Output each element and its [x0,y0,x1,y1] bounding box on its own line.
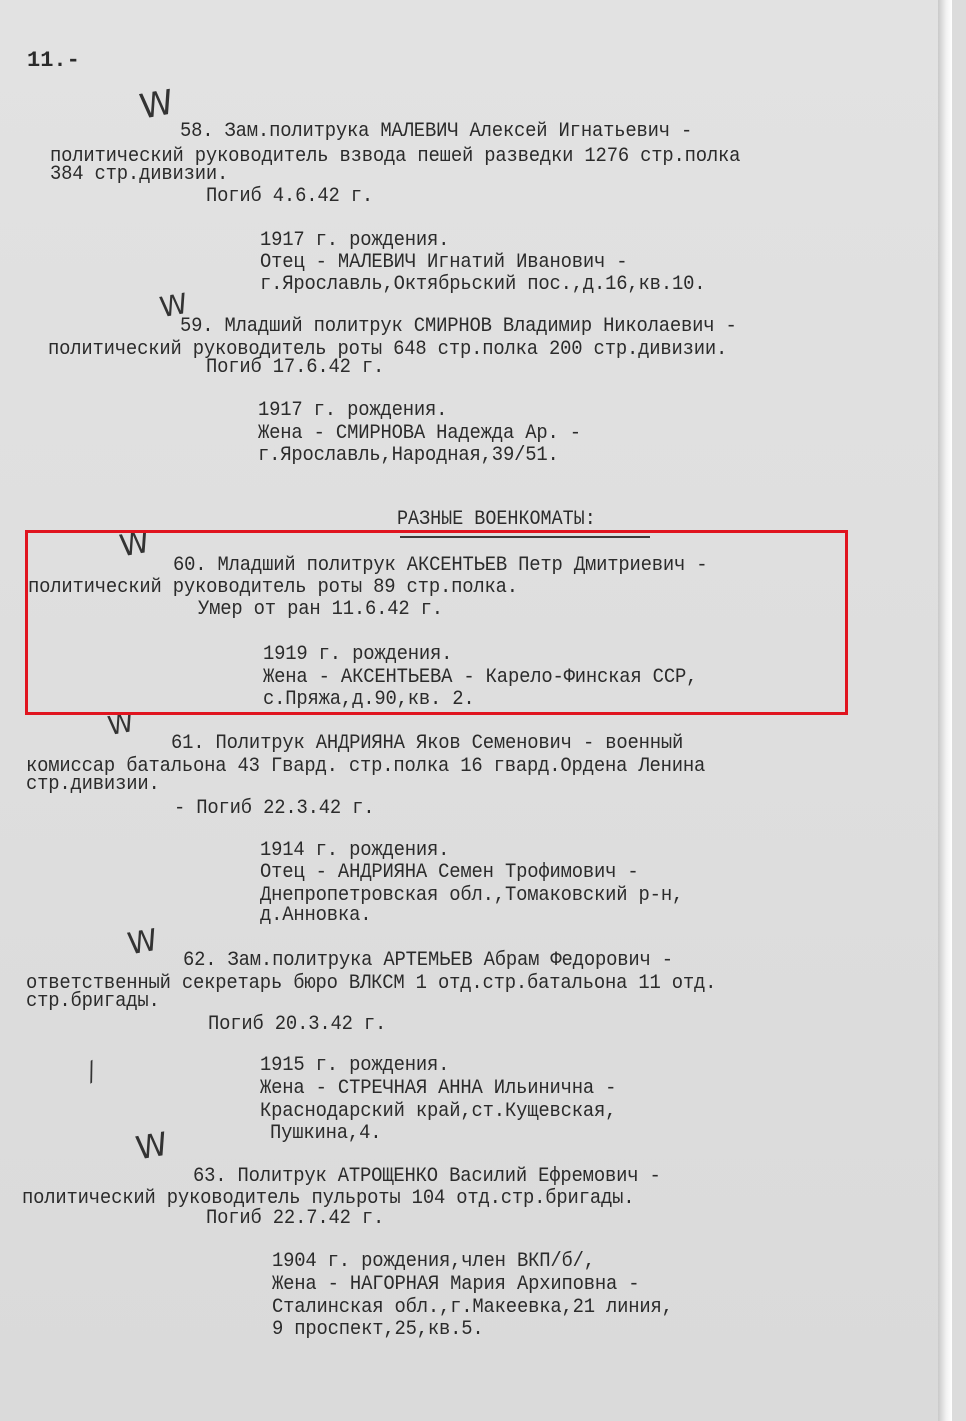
entry-63-line: 63. Политрук АТРОЩЕНКО Василий Ефремович… [193,1166,661,1188]
entry-61-line: 61. Политрук АНДРИЯНА Яков Семенович - в… [171,733,683,755]
entry-60-birth: 1919 г. рождения. [263,644,452,666]
entry-60-line: 60. Младший политрук АКСЕНТЬЕВ Петр Дмит… [173,555,707,577]
page-number: 11.- [27,48,80,73]
entry-58-birth: 1917 г. рождения. [260,230,449,252]
entry-58-line: 58. Зам.политрука МАЛЕВИЧ Алексей Игнать… [180,121,692,143]
entry-63-relative: Жена - НАГОРНАЯ Мария Архиповна - [272,1274,639,1296]
entry-58-address: г.Ярославль,Октябрьский пос.,д.16,кв.10. [260,274,705,296]
check-mark-icon: W [133,1127,170,1164]
entry-63-address: Сталинская обл.,г.Макеевка,21 линия, [272,1297,673,1319]
entry-63-death: Погиб 22.7.42 г. [206,1208,384,1230]
entry-62-relative: Жена - СТРЕЧНАЯ АННА Ильинична - [260,1078,616,1100]
entry-59-death: Погиб 17.6.42 г. [206,357,384,379]
entry-62-address: Краснодарский край,ст.Кущевская, [260,1101,616,1123]
entry-59-address: г.Ярославль,Народная,39/51. [258,445,559,467]
document-page: 11.- W W W W W ⁄ W 58. Зам.политрука МАЛ… [0,0,952,1421]
entry-59-line: политический руководитель роты 648 стр.п… [48,339,727,361]
entry-62-line: 62. Зам.политрука АРТЕМЬЕВ Абрам Федоров… [183,950,673,972]
entry-62-address: Пушкина,4. [270,1123,381,1145]
entry-61-death: - Погиб 22.3.42 г. [174,798,374,820]
entry-63-address: 9 проспект,25,кв.5. [272,1319,484,1341]
entry-59-birth: 1917 г. рождения. [258,400,447,422]
entry-60-address: с.Пряжа,д.90,кв. 2. [263,689,475,711]
entry-58-relative: Отец - МАЛЕВИЧ Игнатий Иванович - [260,252,627,274]
entry-61-line: стр.дивизии. [26,774,160,796]
entry-61-relative: Отец - АНДРИЯНА Семен Трофимович - [260,862,639,884]
entry-60-line: политический руководитель роты 89 стр.по… [28,577,518,599]
entry-61-address: д.Анновка. [260,905,371,927]
page-edge [938,0,952,1421]
entry-58-death: Погиб 4.6.42 г. [206,186,373,208]
entry-59-line: 59. Младший политрук СМИРНОВ Владимир Ни… [180,316,737,338]
check-mark-icon: W [137,85,176,124]
entry-59-relative: Жена - СМИРНОВА Надежда Ар. - [258,423,581,445]
entry-62-line: стр.бригады. [26,991,160,1013]
check-mark-icon: W [126,926,160,961]
dash-mark-icon: ⁄ [84,1061,101,1086]
entry-60-death: Умер от ран 11.6.42 г. [198,599,443,621]
entry-58-line: 384 стр.дивизии. [50,164,228,186]
entry-60-relative: Жена - АКСЕНТЬЕВА - Карело-Финская ССР, [263,667,697,689]
entry-62-birth: 1915 г. рождения. [260,1055,449,1077]
entry-61-birth: 1914 г. рождения. [260,840,449,862]
entry-63-birth: 1904 г. рождения,член ВКП/б/, [272,1251,595,1273]
entry-62-death: Погиб 20.3.42 г. [208,1014,386,1036]
section-heading: РАЗНЫЕ ВОЕНКОМАТЫ: [397,508,596,531]
